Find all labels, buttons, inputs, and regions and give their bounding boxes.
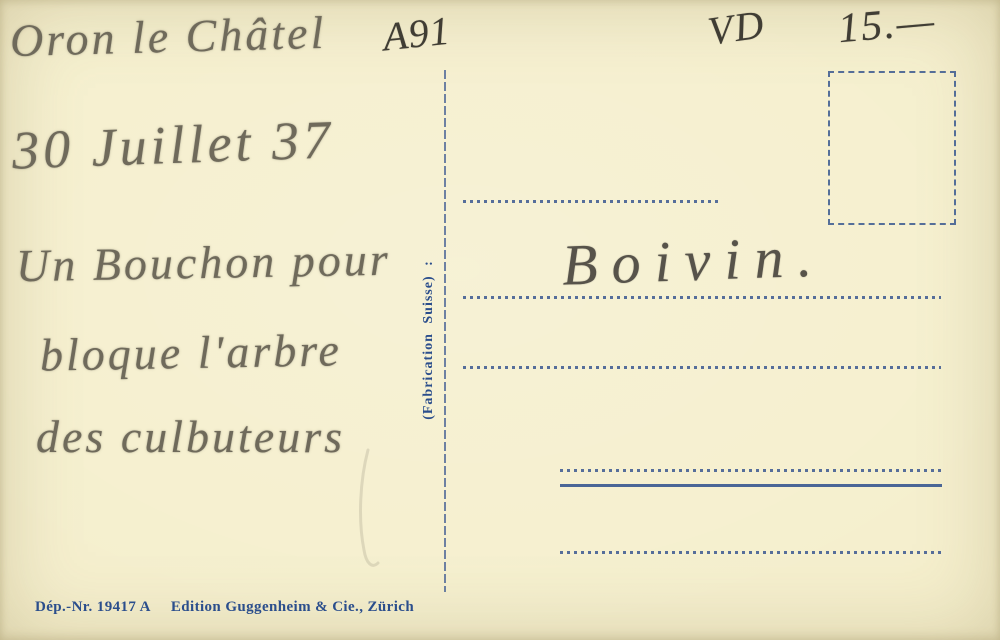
reference-number-note: A91 <box>381 11 452 58</box>
date-note: 30 Juillet 37 <box>11 112 335 177</box>
addressee-name: Boivin. <box>561 227 827 294</box>
center-divider-line <box>444 70 446 592</box>
pencil-smudge <box>330 445 400 575</box>
address-line-1 <box>463 200 721 203</box>
message-line-1: Un Bouchon pour <box>16 237 391 290</box>
message-line-3: des culbuteurs <box>36 414 345 460</box>
canton-note: VD <box>705 4 767 52</box>
postcard-back: Oron le Châtel A91 30 Juillet 37 Un Bouc… <box>0 0 1000 640</box>
publisher-imprint: Dép.-Nr. 19417 AEdition Guggenheim & Cie… <box>35 599 434 616</box>
dep-nr-label: Dép.-Nr. 19417 A <box>35 599 151 615</box>
address-line-4-solid <box>560 484 942 487</box>
fabrication-suisse-label: (Fabrication Suisse) : <box>421 240 439 440</box>
stamp-box <box>828 71 956 225</box>
sender-location-note: Oron le Châtel <box>9 10 326 64</box>
price-note: 15.— <box>836 0 937 50</box>
address-line-2 <box>463 296 941 299</box>
address-line-5 <box>560 551 942 554</box>
address-line-4-dotted <box>560 469 942 472</box>
publisher-name-label: Edition Guggenheim & Cie., Zürich <box>171 599 414 615</box>
message-line-2: bloque l'arbre <box>40 327 343 378</box>
address-line-3 <box>463 366 941 369</box>
